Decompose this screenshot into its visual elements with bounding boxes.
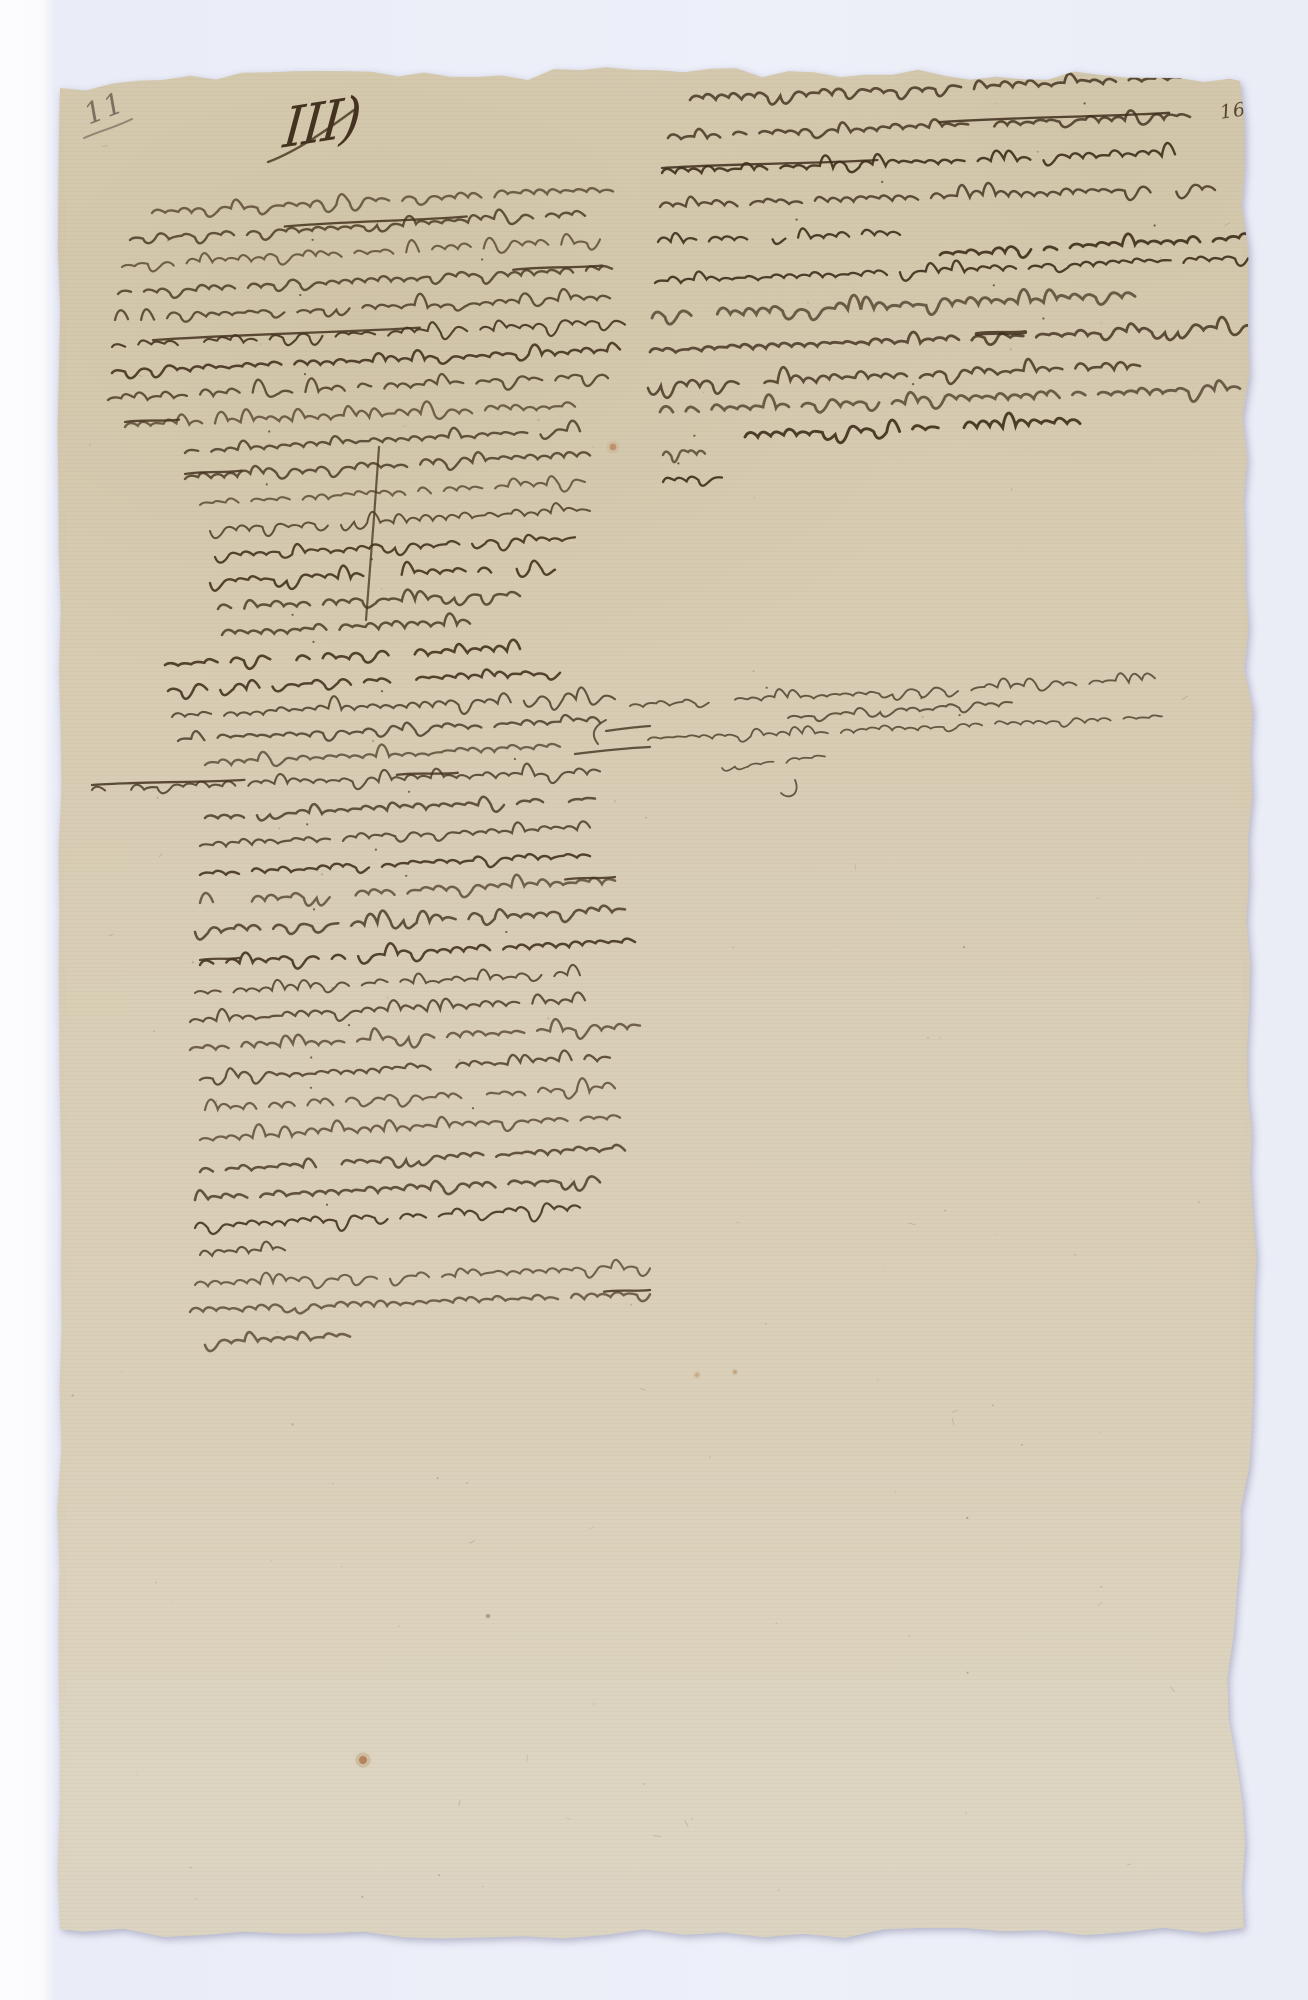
paper-shadow-wrap: 11 III) 16 — [0, 0, 1308, 2000]
annotation-flourish — [781, 780, 797, 796]
heading-slash — [268, 110, 354, 162]
scanner-background: 11 III) 16 — [0, 0, 1308, 2000]
handwriting-ink-layer — [0, 0, 1308, 2000]
handwriting-block-left-column — [92, 188, 650, 1351]
column-divider-stroke — [366, 447, 379, 620]
pencil-flourish — [84, 119, 132, 138]
handwriting-block-right-column — [648, 64, 1255, 486]
long-dash-2 — [575, 747, 650, 754]
annotation-paren — [594, 720, 606, 744]
handwriting-block-interlinear-annotation — [630, 673, 1162, 771]
long-dash-1 — [606, 726, 650, 731]
manuscript-paper: 11 III) 16 — [0, 0, 1308, 2000]
